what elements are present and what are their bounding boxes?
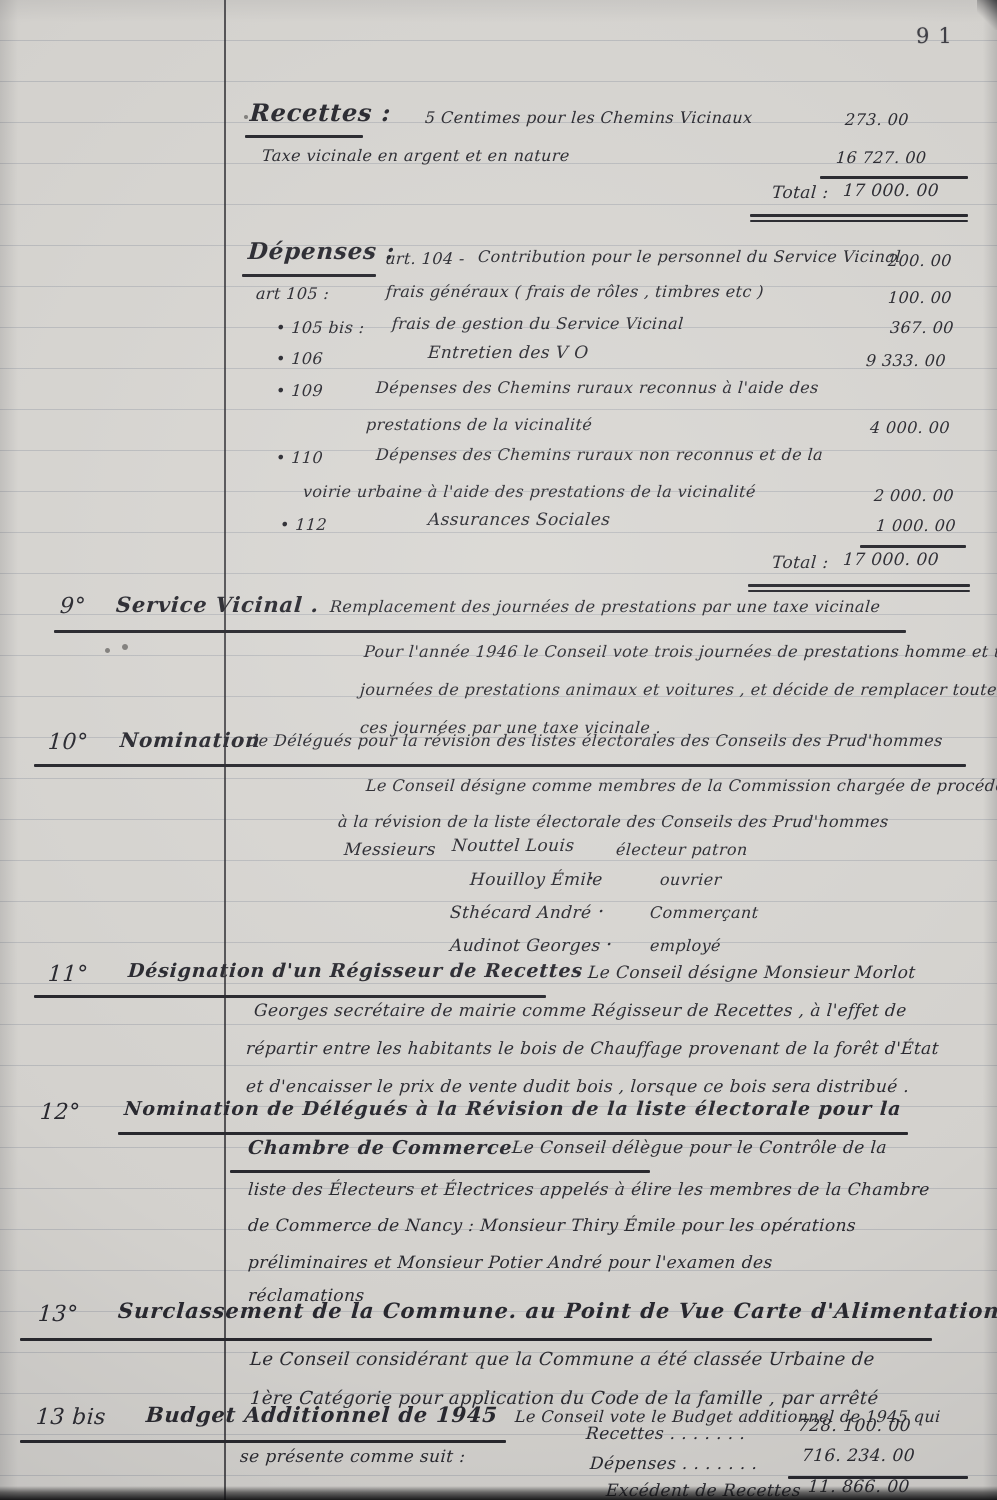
depenses-row-amount: 4 000. 00 <box>869 418 950 437</box>
double-underline <box>750 220 968 222</box>
depenses-row-amount: 367. 00 <box>889 318 954 337</box>
members-intro: Messieurs <box>343 840 436 860</box>
budget-row-label: Recettes . . . . . . . <box>585 1424 746 1444</box>
body-line: et d'encaisser le prix de vente dudit bo… <box>245 1077 910 1097</box>
section-subtitle: de Délégués pour la révision des listes … <box>247 731 943 750</box>
depenses-row-amount: 100. 00 <box>887 288 952 307</box>
section-title-2: Chambre de Commerce <box>247 1137 513 1159</box>
depenses-row-art: • 105 bis : <box>275 318 365 337</box>
depenses-row-text: prestations de la vicinalité <box>365 415 593 434</box>
title-underline <box>20 1440 506 1443</box>
body-line: Pour l'année 1946 le Conseil vote trois … <box>363 642 997 661</box>
section-title: Désignation d'un Régisseur de Recettes <box>127 960 583 982</box>
title-underline <box>230 1170 650 1173</box>
section-subtitle: Remplacement des journées de prestations… <box>329 597 881 616</box>
depenses-row-art: • 109 <box>275 381 323 400</box>
section-number: 12° <box>39 1100 81 1125</box>
recettes-row-text: Taxe vicinale en argent et en nature <box>261 146 570 165</box>
recettes-row-amount: 16 727. 00 <box>835 148 927 167</box>
body-line: se présente comme suit : <box>239 1447 466 1467</box>
member-name: Houilloy Émile <box>469 870 603 890</box>
member-role: employé <box>649 936 721 955</box>
depenses-total-amount: 17 000. 00 <box>842 550 939 570</box>
depenses-row-art: • 110 <box>275 448 323 467</box>
section-number: 10° <box>47 730 89 755</box>
title-underline <box>34 764 966 767</box>
section-title: Budget Additionnel de 1945 <box>145 1402 499 1427</box>
member-role: Commerçant <box>649 903 759 922</box>
budget-row-label: Dépenses . . . . . . . <box>589 1454 758 1474</box>
depenses-row-text: Dépenses des Chemins ruraux non reconnus… <box>375 445 823 464</box>
section-title: Surclassement de la Commune. au Point de… <box>117 1298 997 1323</box>
member-separator: · <box>605 932 613 956</box>
section-title: Service Vicinal . <box>115 592 320 617</box>
recettes-row-amount: 273. 00 <box>844 110 909 129</box>
depenses-row-text: voirie urbaine à l'aide des prestations … <box>302 482 756 501</box>
section-inline-text: Le Conseil délègue pour le Contrôle de l… <box>511 1138 887 1158</box>
section-title: Nomination <box>119 728 261 752</box>
depenses-row-amount: 200. 00 <box>887 251 952 270</box>
body-line: Le Conseil désigne comme membres de la C… <box>365 776 997 795</box>
title-underline <box>20 1338 932 1341</box>
depenses-row-text: Assurances Sociales <box>427 510 611 530</box>
body-line: répartir entre les habitants le bois de … <box>245 1039 939 1059</box>
body-line: de Commerce de Nancy : Monsieur Thiry Ém… <box>247 1216 856 1236</box>
ink-speck <box>244 115 248 119</box>
body-line: liste des Électeurs et Électrices appelé… <box>247 1180 930 1200</box>
body-line: préliminaires et Monsieur Potier André p… <box>247 1253 773 1273</box>
member-name: Sthécard André <box>449 903 592 923</box>
ink-speck <box>105 648 110 653</box>
double-underline <box>750 214 968 217</box>
title-underline <box>34 995 546 998</box>
body-line: à la révision de la liste électorale des… <box>337 812 889 831</box>
ink-speck <box>122 644 128 650</box>
depenses-row-text: frais généraux ( frais de rôles , timbre… <box>385 282 764 301</box>
depenses-total-label: Total : <box>771 553 829 573</box>
member-name: Nouttel Louis <box>451 836 575 856</box>
member-role: électeur patron <box>615 840 748 859</box>
depenses-row-text: Entretien des V O <box>427 343 589 363</box>
budget-row-amount: 728. 100. 00 <box>797 1416 911 1436</box>
depenses-row-text: Dépenses des Chemins ruraux reconnus à l… <box>375 378 819 397</box>
depenses-heading: Dépenses : <box>247 238 396 265</box>
underline <box>245 135 363 138</box>
section-number: 9° <box>59 594 87 619</box>
double-underline <box>748 590 970 592</box>
section-number: 11° <box>47 962 89 987</box>
body-line: Georges secrétaire de mairie comme Régis… <box>253 1001 907 1021</box>
register-page: 91 Recettes : 5 Centimes pour les Chemin… <box>0 0 997 1500</box>
corner-shadow <box>977 0 997 30</box>
title-underline <box>118 1132 908 1135</box>
title-underline <box>54 630 906 633</box>
recettes-row-text: 5 Centimes pour les Chemins Vicinaux <box>424 108 753 127</box>
recettes-total-amount: 17 000. 00 <box>842 181 939 201</box>
member-role: ouvrier <box>659 870 722 889</box>
depenses-row-text: Contribution pour le personnel du Servic… <box>477 247 901 266</box>
depenses-row-art: art 105 : <box>255 284 330 303</box>
member-name: Audinot Georges <box>449 936 601 956</box>
section-title: Nomination de Délégués à la Révision de … <box>123 1098 902 1120</box>
recettes-total-label: Total : <box>771 183 829 203</box>
bottom-edge-shadow <box>0 1486 997 1500</box>
depenses-row-amount: 1 000. 00 <box>875 516 956 535</box>
member-separator: · <box>597 899 605 923</box>
depenses-row-text: frais de gestion du Service Vicinal <box>391 314 684 333</box>
budget-row-amount: 716. 234. 00 <box>801 1446 915 1466</box>
body-line: Le Conseil considérant que la Commune a … <box>249 1349 875 1370</box>
section-inline-text: Le Conseil désigne Monsieur Morlot <box>587 963 916 983</box>
page-number: 91 <box>916 24 961 48</box>
underline <box>242 274 376 277</box>
underline <box>820 176 968 179</box>
depenses-row-art: art. 104 - <box>385 249 465 268</box>
depenses-row-amount: 2 000. 00 <box>873 486 954 505</box>
depenses-row-art: • 106 <box>275 349 323 368</box>
underline <box>860 545 966 548</box>
double-underline <box>748 584 970 587</box>
depenses-row-art: • 112 <box>279 515 327 534</box>
section-number: 13 bis <box>35 1405 107 1430</box>
body-line: journées de prestations animaux et voitu… <box>359 680 997 699</box>
depenses-row-amount: 9 333. 00 <box>865 351 946 370</box>
section-number: 13° <box>37 1302 79 1327</box>
recettes-heading: Recettes : <box>249 98 392 127</box>
